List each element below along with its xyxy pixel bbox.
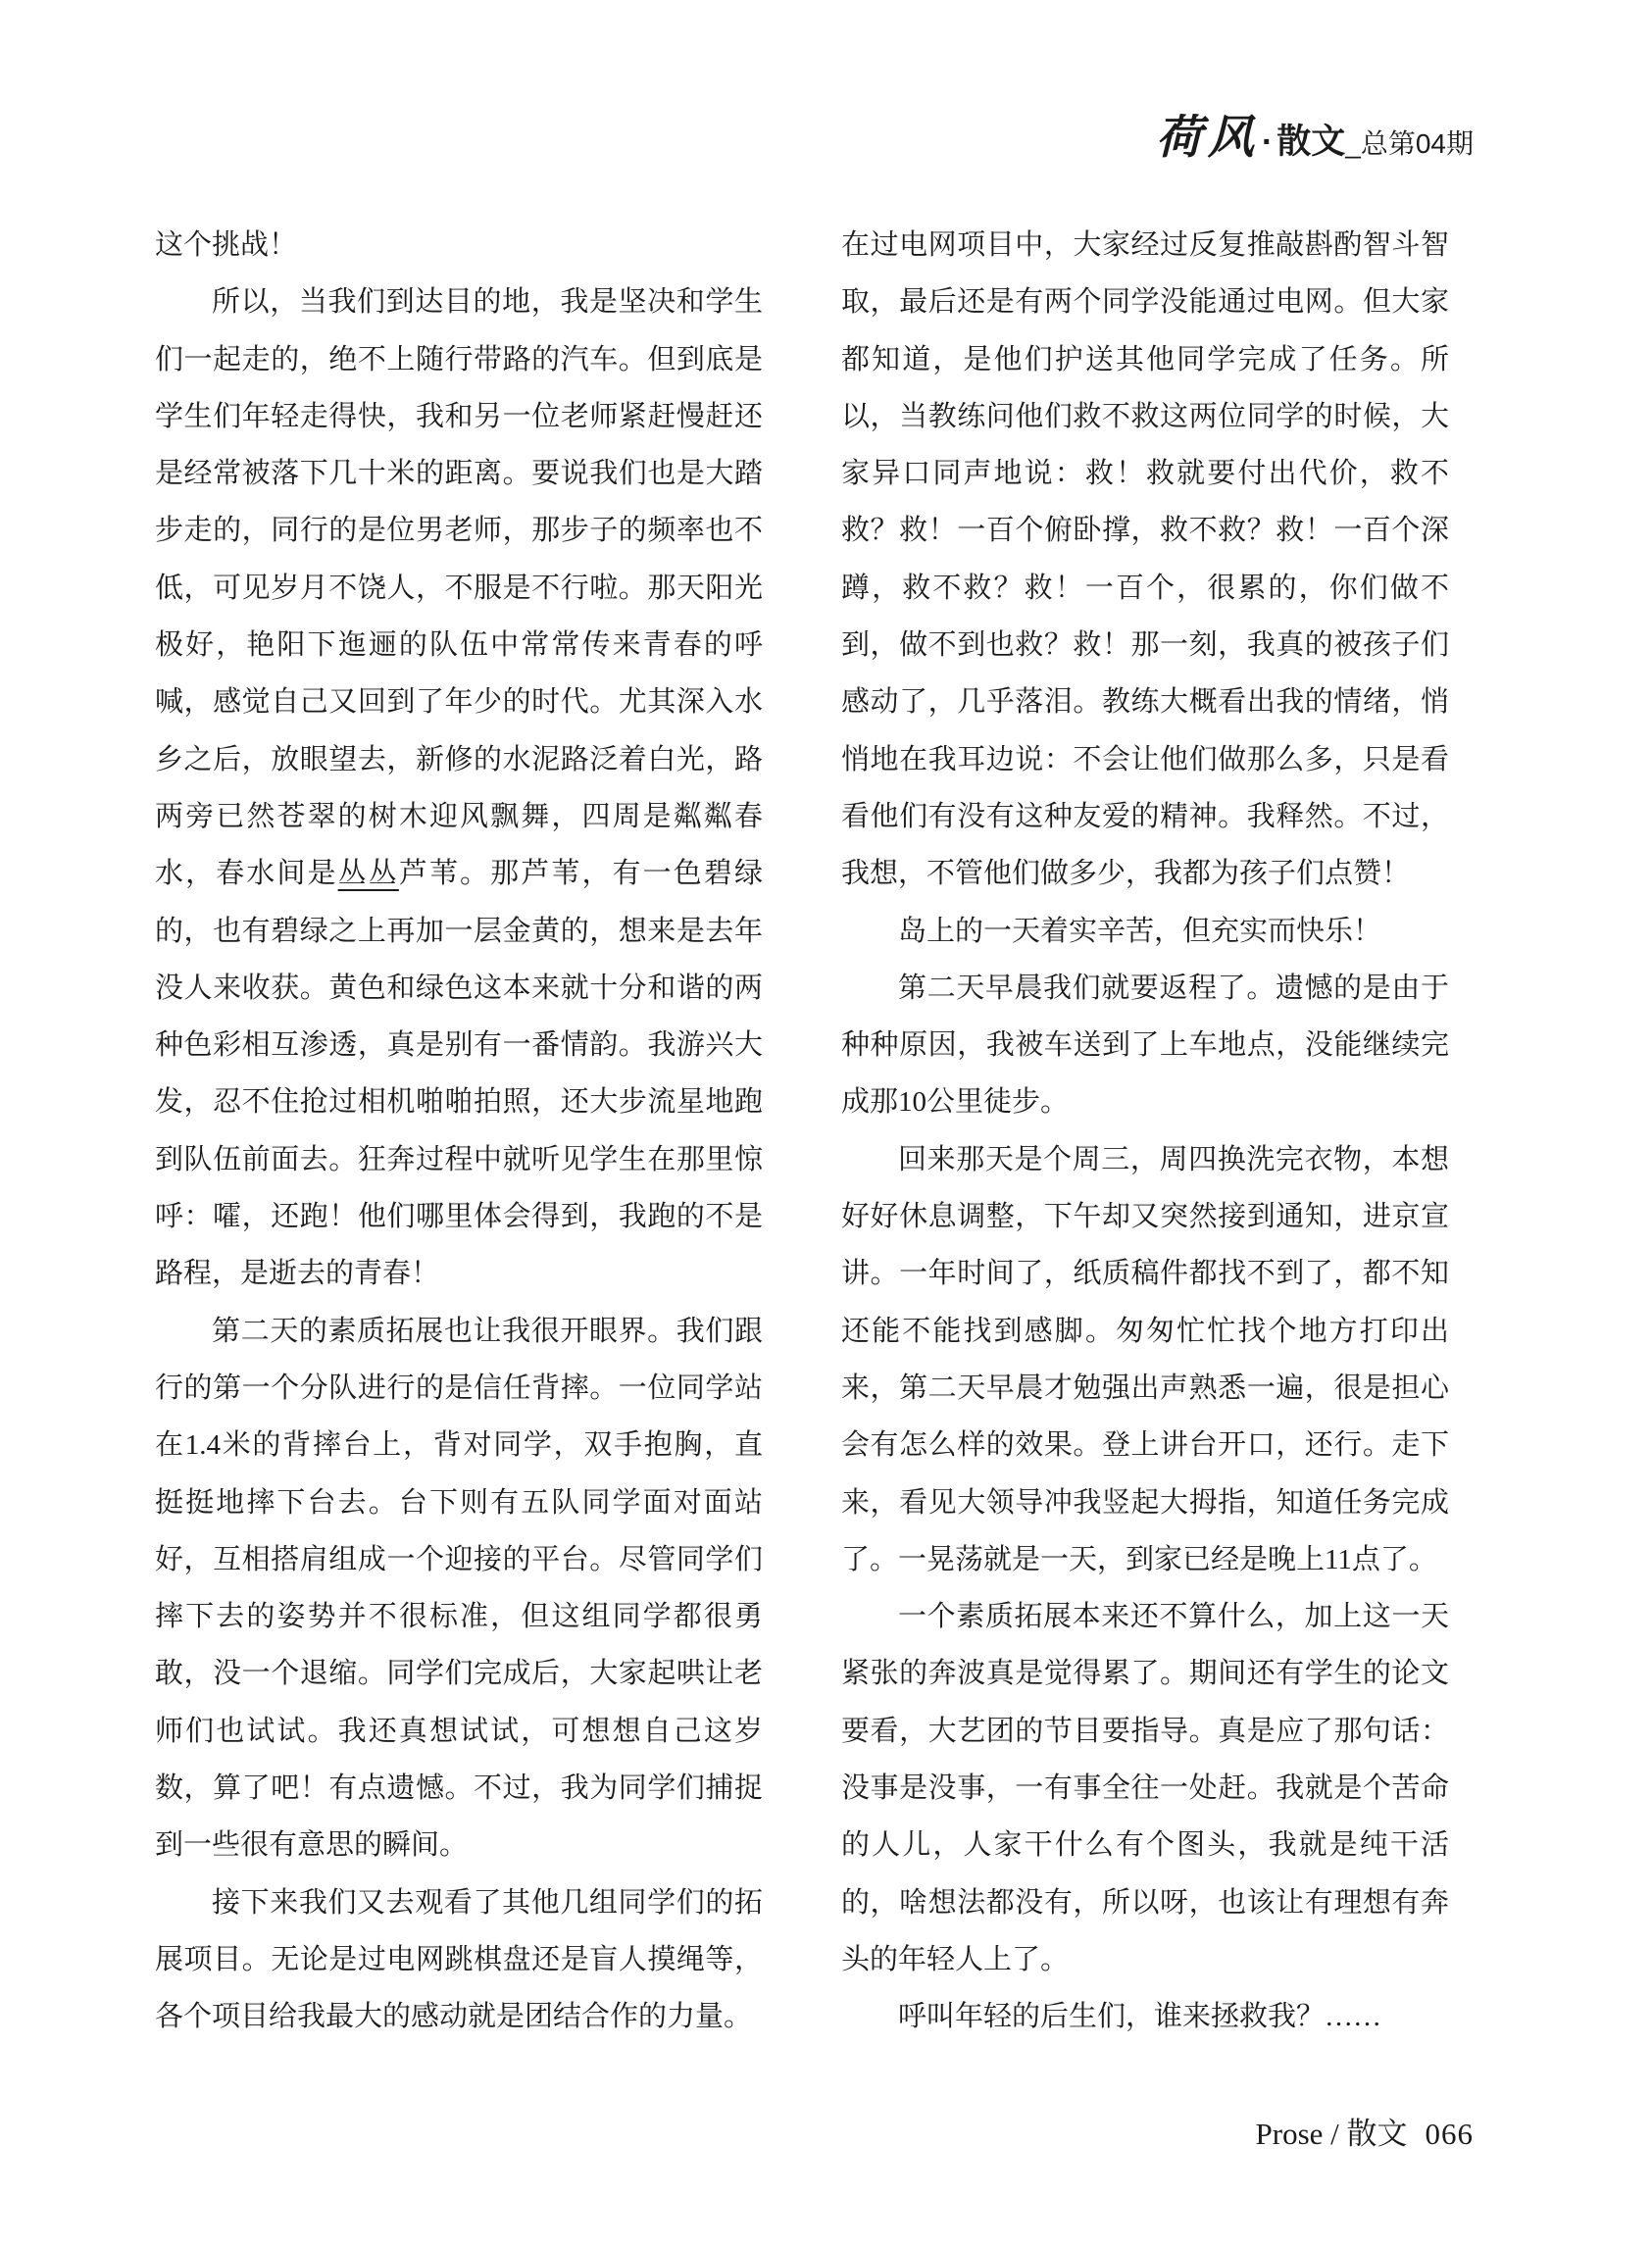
text-line: 的，也有碧绿之上再加一层金黄的，想来是去年: [155, 903, 763, 960]
text-segment: 们一起走的，绝不上随行带路的汽车。但到底是: [155, 344, 763, 375]
page-footer: Prose / 散文 066: [1256, 2109, 1475, 2153]
text-segment: 学生们年轻走得快，我和另一位老师紧赶慢赶还: [155, 401, 763, 432]
text-segment: 低，可见岁月不饶人，不服是不行啦。那天阳光: [155, 573, 763, 604]
text-segment: 的，也有碧绿之上再加一层金黄的，想来是去年: [155, 916, 763, 947]
text-segment: 感动了，几乎落泪。教练大概看出我的情绪，悄: [841, 686, 1449, 718]
text-line: 呼：嚯，还跑！他们哪里体会得到，我跑的不是: [155, 1188, 763, 1245]
text-segment: 接下来我们又去观看了其他几组同学们的拓: [212, 1887, 763, 1919]
text-line: 这个挑战！: [155, 217, 763, 274]
text-line: 呼叫年轻的后生们，谁来拯救我？……: [841, 1988, 1449, 2045]
text-segment: 步走的，同行的是位男老师，那步子的频率也不: [155, 515, 763, 546]
text-segment: 会有怎么样的效果。登上讲台开口，还行。走下: [841, 1429, 1449, 1461]
text-segment: 极好，艳阳下迤逦的队伍中常常传来青春的呼: [155, 629, 763, 661]
text-segment: 呼：嚯，还跑！他们哪里体会得到，我跑的不是: [155, 1201, 763, 1232]
text-segment: 回来那天是个周三，周四换洗完衣物，本想: [898, 1144, 1449, 1175]
text-segment: 都知道，是他们护送其他同学完成了任务。所: [841, 344, 1449, 375]
page-header: 荷风 · 散文 _总第04期: [1156, 101, 1474, 167]
text-line: 行的第一个分队进行的是信任背摔。一位同学站: [155, 1360, 763, 1417]
text-segment: 没人来收获。黄色和绿色这本来就十分和谐的两: [155, 973, 763, 1004]
page-number: 066: [1426, 2117, 1475, 2152]
section-title: 散文: [1277, 115, 1345, 164]
text-segment: 行的第一个分队进行的是信任背摔。一位同学站: [155, 1373, 763, 1404]
text-line: 摔下去的姿势并不很标准，但这组同学都很勇: [155, 1588, 763, 1645]
text-line: 头的年轻人上了。: [841, 1931, 1449, 1988]
text-segment: 的人儿，人家干什么有个图头，我就是纯干活: [841, 1829, 1449, 1861]
text-segment: 两旁已然苍翠的树木迎风飘舞，四周是粼粼春: [155, 801, 763, 832]
text-line: 好，互相搭肩组成一个迎接的平台。尽管同学们: [155, 1531, 763, 1588]
text-line: 感动了，几乎落泪。教练大概看出我的情绪，悄: [841, 674, 1449, 730]
text-line: 乡之后，放眼望去，新修的水泥路泛着白光，路: [155, 731, 763, 788]
text-line: 低，可见岁月不饶人，不服是不行啦。那天阳光: [155, 560, 763, 617]
text-line: 蹲，救不救？救！一百个，很累的，你们做不: [841, 560, 1449, 617]
text-segment: 数，算了吧！有点遗憾。不过，我为同学们捕捉: [155, 1772, 763, 1804]
text-line: 看他们有没有这种友爱的精神。我释然。不过，: [841, 788, 1449, 845]
text-segment: 呼叫年轻的后生们，谁来拯救我？……: [898, 2001, 1381, 2032]
text-segment: 好好休息调整，下午却又突然接到通知，进京宣: [841, 1201, 1449, 1232]
text-line: 家异口同声地说：救！救就要付出代价，救不: [841, 445, 1449, 502]
magazine-brand: 荷风: [1156, 101, 1260, 167]
text-segment: 救？救！一百个俯卧撑，救不救？救！一百个深: [841, 515, 1449, 546]
text-line: 到队伍前面去。狂奔过程中就听见学生在那里惊: [155, 1131, 763, 1188]
text-segment: 芦苇。那芦苇，有一色碧绿: [399, 858, 763, 889]
text-segment: 的，啥想法都没有，所以呀，也该让有理想有奔: [841, 1887, 1449, 1919]
text-line: 了。一晃荡就是一天，到家已经是晚上11点了。: [841, 1531, 1449, 1588]
text-line: 回来那天是个周三，周四换洗完衣物，本想: [841, 1131, 1449, 1188]
text-line: 还能不能找到感脚。匆匆忙忙找个地方打印出: [841, 1303, 1449, 1360]
underlined-text: 丛丛: [338, 858, 399, 889]
text-line: 是经常被落下几十米的距离。要说我们也是大踏: [155, 445, 763, 502]
text-line: 所以，当我们到达目的地，我是坚决和学生: [155, 274, 763, 330]
text-segment: 家异口同声地说：救！救就要付出代价，救不: [841, 458, 1449, 489]
text-segment: 是经常被落下几十米的距离。要说我们也是大踏: [155, 458, 763, 489]
text-line: 师们也试试。我还真想试试，可想想自己这岁: [155, 1703, 763, 1760]
text-segment: 我想，不管他们做多少，我都为孩子们点赞！: [841, 858, 1410, 889]
text-line: 没人来收获。黄色和绿色这本来就十分和谐的两: [155, 960, 763, 1017]
right-text-column: 在过电网项目中，大家经过反复推敲斟酌智斗智取，最后还是有两个同学没能通过电网。但…: [841, 217, 1449, 2046]
text-segment: 没事是没事，一有事全往一处赶。我就是个苦命: [841, 1772, 1449, 1804]
text-line: 好好休息调整，下午却又突然接到通知，进京宣: [841, 1188, 1449, 1245]
text-segment: 悄地在我耳边说：不会让他们做那么多，只是看: [841, 744, 1449, 775]
text-segment: 到一些很有意思的瞬间。: [155, 1829, 468, 1861]
text-line: 讲。一年时间了，纸质稿件都找不到了，都不知: [841, 1245, 1449, 1302]
text-segment: 第二天的素质拓展也让我很开眼界。我们跟: [212, 1316, 763, 1347]
text-segment: 以，当教练问他们救不救这两位同学的时候，大: [841, 401, 1449, 432]
left-text-column: 这个挑战！所以，当我们到达目的地，我是坚决和学生们一起走的，绝不上随行带路的汽车…: [155, 217, 763, 2046]
text-line: 的，啥想法都没有，所以呀，也该让有理想有奔: [841, 1874, 1449, 1931]
text-segment: 水，春水间是: [155, 858, 338, 889]
text-segment: 紧张的奔波真是觉得累了。期间还有学生的论文: [841, 1658, 1449, 1689]
text-line: 种色彩相互渗透，真是别有一番情韵。我游兴大: [155, 1017, 763, 1073]
text-line: 水，春水间是丛丛芦苇。那芦苇，有一色碧绿: [155, 845, 763, 902]
text-line: 一个素质拓展本来还不算什么，加上这一天: [841, 1588, 1449, 1645]
text-segment: 所以，当我们到达目的地，我是坚决和学生: [212, 286, 763, 318]
text-segment: 看他们有没有这种友爱的精神。我释然。不过，: [841, 801, 1449, 832]
text-line: 学生们年轻走得快，我和另一位老师紧赶慢赶还: [155, 388, 763, 445]
text-segment: 各个项目给我最大的感动就是团结合作的力量。: [155, 2001, 752, 2032]
text-line: 接下来我们又去观看了其他几组同学们的拓: [155, 1874, 763, 1931]
text-segment: 挺挺地摔下台去。台下则有五队同学面对面站: [155, 1487, 763, 1519]
magazine-page: 荷风 · 散文 _总第04期 这个挑战！所以，当我们到达目的地，我是坚决和学生们…: [0, 0, 1652, 2246]
text-segment: 好，互相搭肩组成一个迎接的平台。尽管同学们: [155, 1544, 763, 1575]
text-segment: 蹲，救不救？救！一百个，很累的，你们做不: [841, 573, 1449, 604]
text-segment: 展项目。无论是过电网跳棋盘还是盲人摸绳等，: [155, 1944, 763, 1975]
footer-section-label: Prose / 散文: [1256, 2109, 1408, 2153]
text-segment: 到队伍前面去。狂奔过程中就听见学生在那里惊: [155, 1144, 763, 1175]
text-line: 在1.4米的背摔台上，背对同学，双手抱胸，直: [155, 1417, 763, 1473]
text-line: 悄地在我耳边说：不会让他们做那么多，只是看: [841, 731, 1449, 788]
text-segment: 敢，没一个退缩。同学们完成后，大家起哄让老: [155, 1658, 763, 1689]
text-segment: 种色彩相互渗透，真是别有一番情韵。我游兴大: [155, 1029, 763, 1061]
text-line: 种种原因，我被车送到了上车地点，没能继续完: [841, 1017, 1449, 1073]
text-segment: 摔下去的姿势并不很标准，但这组同学都很勇: [155, 1601, 763, 1632]
text-segment: 师们也试试。我还真想试试，可想想自己这岁: [155, 1716, 763, 1747]
text-line: 第二天的素质拓展也让我很开眼界。我们跟: [155, 1303, 763, 1360]
text-line: 没事是没事，一有事全往一处赶。我就是个苦命: [841, 1760, 1449, 1817]
text-segment: 发，忍不住抢过相机啪啪拍照，还大步流星地跑: [155, 1086, 763, 1118]
text-line: 们一起走的，绝不上随行带路的汽车。但到底是: [155, 331, 763, 388]
text-line: 会有怎么样的效果。登上讲台开口，还行。走下: [841, 1417, 1449, 1473]
text-segment: 还能不能找到感脚。匆匆忙忙找个地方打印出: [841, 1316, 1449, 1347]
text-segment: 乡之后，放眼望去，新修的水泥路泛着白光，路: [155, 744, 763, 775]
text-segment: 讲。一年时间了，纸质稿件都找不到了，都不知: [841, 1258, 1449, 1289]
text-line: 以，当教练问他们救不救这两位同学的时候，大: [841, 388, 1449, 445]
text-line: 展项目。无论是过电网跳棋盘还是盲人摸绳等，: [155, 1931, 763, 1988]
issue-number: _总第04期: [1345, 123, 1474, 162]
text-segment: 来，第二天早晨才勉强出声熟悉一遍，很是担心: [841, 1373, 1449, 1404]
text-line: 来，看见大领导冲我竖起大拇指，知道任务完成: [841, 1474, 1449, 1531]
text-segment: 了。一晃荡就是一天，到家已经是晚上11点了。: [841, 1544, 1437, 1575]
text-line: 我想，不管他们做多少，我都为孩子们点赞！: [841, 845, 1449, 902]
text-line: 成那10公里徒步。: [841, 1073, 1449, 1130]
text-segment: 来，看见大领导冲我竖起大拇指，知道任务完成: [841, 1487, 1449, 1519]
text-line: 路程，是逝去的青春！: [155, 1245, 763, 1302]
text-line: 取，最后还是有两个同学没能通过电网。但大家: [841, 274, 1449, 330]
text-segment: 岛上的一天着实辛苦，但充实而快乐！: [898, 916, 1381, 947]
text-line: 岛上的一天着实辛苦，但充实而快乐！: [841, 903, 1449, 960]
text-line: 步走的，同行的是位男老师，那步子的频率也不: [155, 502, 763, 559]
text-segment: 种种原因，我被车送到了上车地点，没能继续完: [841, 1029, 1449, 1061]
text-segment: 取，最后还是有两个同学没能通过电网。但大家: [841, 286, 1449, 318]
text-segment: 喊，感觉自己又回到了年少的时代。尤其深入水: [155, 686, 763, 718]
text-segment: 第二天早晨我们就要返程了。遗憾的是由于: [898, 973, 1449, 1004]
text-line: 极好，艳阳下迤逦的队伍中常常传来青春的呼: [155, 617, 763, 674]
text-line: 到一些很有意思的瞬间。: [155, 1817, 763, 1873]
text-line: 敢，没一个退缩。同学们完成后，大家起哄让老: [155, 1645, 763, 1702]
text-line: 紧张的奔波真是觉得累了。期间还有学生的论文: [841, 1645, 1449, 1702]
text-segment: 这个挑战！: [155, 229, 297, 261]
text-segment: 到，做不到也救？救！那一刻，我真的被孩子们: [841, 629, 1449, 661]
text-line: 挺挺地摔下台去。台下则有五队同学面对面站: [155, 1474, 763, 1531]
text-line: 要看，大艺团的节目要指导。真是应了那句话：: [841, 1703, 1449, 1760]
text-segment: 成那10公里徒步。: [841, 1086, 1069, 1118]
text-line: 到，做不到也救？救！那一刻，我真的被孩子们: [841, 617, 1449, 674]
text-line: 来，第二天早晨才勉强出声熟悉一遍，很是担心: [841, 1360, 1449, 1417]
text-line: 喊，感觉自己又回到了年少的时代。尤其深入水: [155, 674, 763, 730]
text-line: 的人儿，人家干什么有个图头，我就是纯干活: [841, 1817, 1449, 1873]
text-segment: 要看，大艺团的节目要指导。真是应了那句话：: [841, 1716, 1449, 1747]
text-line: 救？救！一百个俯卧撑，救不救？救！一百个深: [841, 502, 1449, 559]
text-segment: 在过电网项目中，大家经过反复推敲斟酌智斗智: [841, 229, 1449, 261]
text-line: 各个项目给我最大的感动就是团结合作的力量。: [155, 1988, 763, 2045]
text-line: 在过电网项目中，大家经过反复推敲斟酌智斗智: [841, 217, 1449, 274]
text-segment: 一个素质拓展本来还不算什么，加上这一天: [898, 1601, 1449, 1632]
text-line: 发，忍不住抢过相机啪啪拍照，还大步流星地跑: [155, 1073, 763, 1130]
text-segment: 头的年轻人上了。: [841, 1944, 1069, 1975]
text-line: 都知道，是他们护送其他同学完成了任务。所: [841, 331, 1449, 388]
text-segment: 在1.4米的背摔台上，背对同学，双手抱胸，直: [155, 1429, 763, 1461]
text-line: 数，算了吧！有点遗憾。不过，我为同学们捕捉: [155, 1760, 763, 1817]
text-line: 两旁已然苍翠的树木迎风飘舞，四周是粼粼春: [155, 788, 763, 845]
brand-separator-dot: ·: [1262, 124, 1273, 162]
text-segment: 路程，是逝去的青春！: [155, 1258, 439, 1289]
text-line: 第二天早晨我们就要返程了。遗憾的是由于: [841, 960, 1449, 1017]
